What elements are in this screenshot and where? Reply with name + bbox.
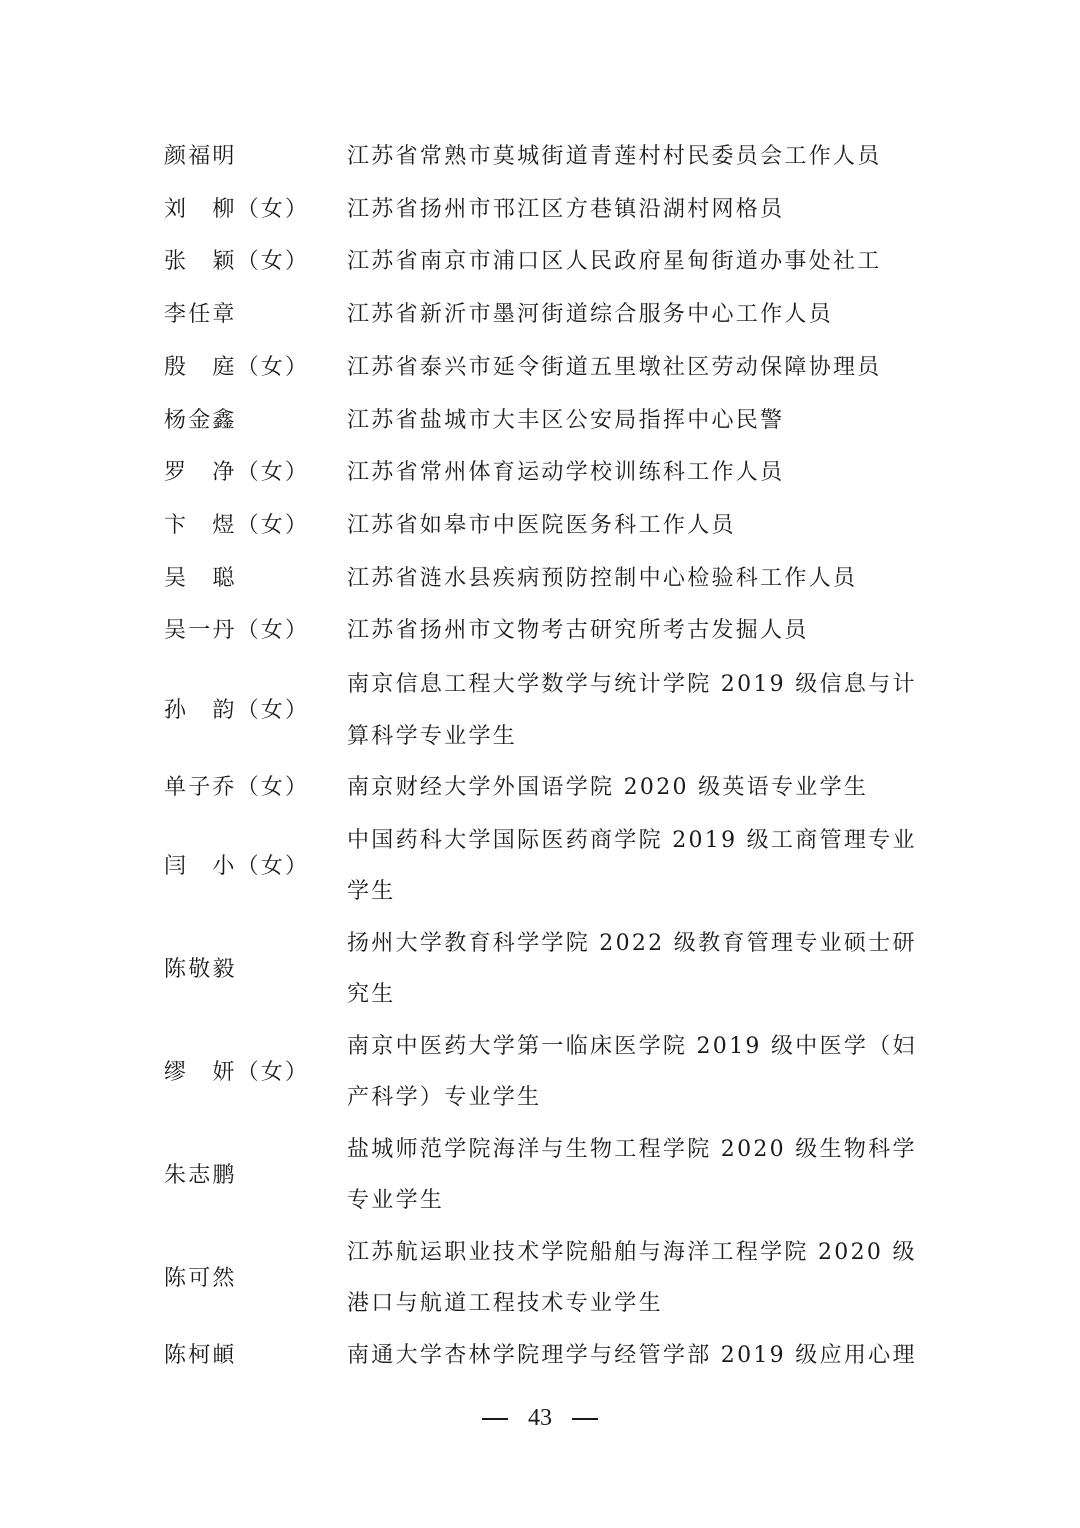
honoree-affiliation: 扬州大学教育科学学院 2022 级教育管理专业硕士研 <box>347 929 927 959</box>
honoree-name: 陈柯頔 <box>164 1341 334 1371</box>
honoree-name: 缪 妍（女） <box>164 1058 334 1088</box>
honoree-affiliation: 港口与航道工程技术专业学生 <box>347 1289 927 1319</box>
honoree-affiliation: 江苏省南京市浦口区人民政府星甸街道办事处社工 <box>347 247 927 277</box>
honoree-name: 单子乔（女） <box>164 773 334 803</box>
honoree-affiliation: 南通大学杏林学院理学与经管学部 2019 级应用心理 <box>347 1341 927 1371</box>
honoree-affiliation: 学生 <box>347 877 927 907</box>
honoree-affiliation: 江苏省扬州市文物考古研究所考古发掘人员 <box>347 616 927 646</box>
honoree-affiliation: 江苏省涟水县疾病预防控制中心检验科工作人员 <box>347 564 927 594</box>
page-number-dash-right <box>572 1418 598 1420</box>
honoree-affiliation: 南京信息工程大学数学与统计学院 2019 级信息与计 <box>347 670 927 700</box>
honoree-affiliation: 江苏省如皋市中医院医务科工作人员 <box>347 511 927 541</box>
page-number-value: 43 <box>528 1405 552 1431</box>
honoree-affiliation: 算科学专业学生 <box>347 722 927 752</box>
honoree-name: 陈敬毅 <box>164 955 334 985</box>
honoree-affiliation: 江苏省扬州市邗江区方巷镇沿湖村网格员 <box>347 195 927 225</box>
honoree-name: 吴 聪 <box>164 564 334 594</box>
honoree-name: 殷 庭（女） <box>164 353 334 383</box>
honoree-affiliation: 江苏省常州体育运动学校训练科工作人员 <box>347 458 927 488</box>
honoree-affiliation: 专业学生 <box>347 1186 927 1216</box>
honoree-name: 朱志鹏 <box>164 1161 334 1191</box>
honoree-name: 孙 韵（女） <box>164 696 334 726</box>
honoree-name: 陈可然 <box>164 1264 334 1294</box>
honoree-name: 刘 柳（女） <box>164 195 334 225</box>
honoree-name: 李任章 <box>164 300 334 330</box>
honoree-name: 杨金鑫 <box>164 406 334 436</box>
honoree-name: 张 颖（女） <box>164 247 334 277</box>
honoree-affiliation: 南京中医药大学第一临床医学院 2019 级中医学（妇 <box>347 1032 927 1062</box>
page-number: 43 <box>0 1403 1080 1433</box>
honoree-name: 罗 净（女） <box>164 458 334 488</box>
honoree-affiliation: 江苏省常熟市莫城街道青莲村村民委员会工作人员 <box>347 142 927 172</box>
honoree-affiliation: 南京财经大学外国语学院 2020 级英语专业学生 <box>347 773 927 803</box>
honoree-affiliation: 江苏省泰兴市延令街道五里墩社区劳动保障协理员 <box>347 353 927 383</box>
honoree-name: 吴一丹（女） <box>164 616 334 646</box>
honoree-affiliation: 江苏省盐城市大丰区公安局指挥中心民警 <box>347 406 927 436</box>
honoree-name: 卞 煜（女） <box>164 511 334 541</box>
honoree-name: 闫 小（女） <box>164 852 334 882</box>
honoree-affiliation: 盐城师范学院海洋与生物工程学院 2020 级生物科学 <box>347 1135 927 1165</box>
honoree-affiliation: 江苏省新沂市墨河街道综合服务中心工作人员 <box>347 300 927 330</box>
honoree-affiliation: 究生 <box>347 980 927 1010</box>
honoree-affiliation: 产科学）专业学生 <box>347 1083 927 1113</box>
page-number-dash-left <box>482 1418 508 1420</box>
honoree-affiliation: 中国药科大学国际医药商学院 2019 级工商管理专业 <box>347 826 927 856</box>
honoree-name: 颜福明 <box>164 142 334 172</box>
honoree-affiliation: 江苏航运职业技术学院船舶与海洋工程学院 2020 级 <box>347 1238 927 1268</box>
document-page: 颜福明江苏省常熟市莫城街道青莲村村民委员会工作人员刘 柳（女）江苏省扬州市邗江区… <box>0 0 1080 1528</box>
